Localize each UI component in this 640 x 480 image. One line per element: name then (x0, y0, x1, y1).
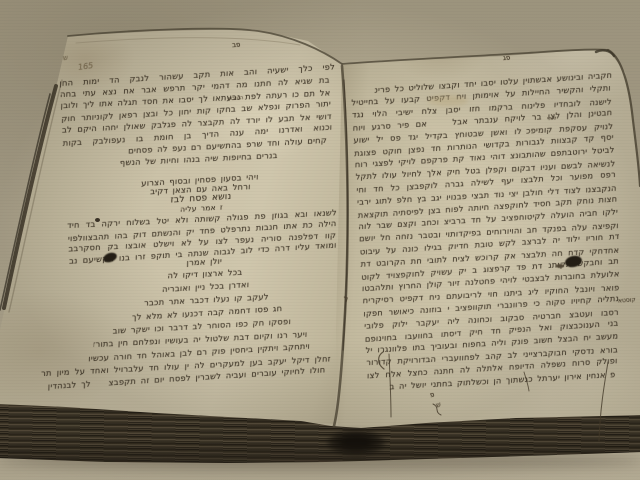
ink-blot-right-tail (556, 264, 564, 268)
gutter-note: ל (344, 295, 349, 304)
manuscript-photo: לפי כלך ישעיה והב אות תקב עשהור לנבק הד … (0, 0, 640, 480)
right-header-mark: פג (503, 54, 511, 62)
margin-note: קוסטא (618, 296, 636, 304)
catchword-top: פ (429, 391, 434, 400)
right-page-text-block: חקביה ובינושע אבשתוין עלטו יסבו יחד וקבצ… (343, 46, 634, 391)
folio-note-letter: ש (63, 54, 69, 62)
faded-smudge (428, 95, 468, 106)
ink-spot-left-small (95, 218, 100, 222)
left-header-mark: פב (232, 41, 241, 49)
interlinear-note: הטיבוץ (227, 95, 243, 102)
interlinear-note: לוחי (547, 116, 557, 123)
book-cast-shadow (0, 452, 640, 470)
